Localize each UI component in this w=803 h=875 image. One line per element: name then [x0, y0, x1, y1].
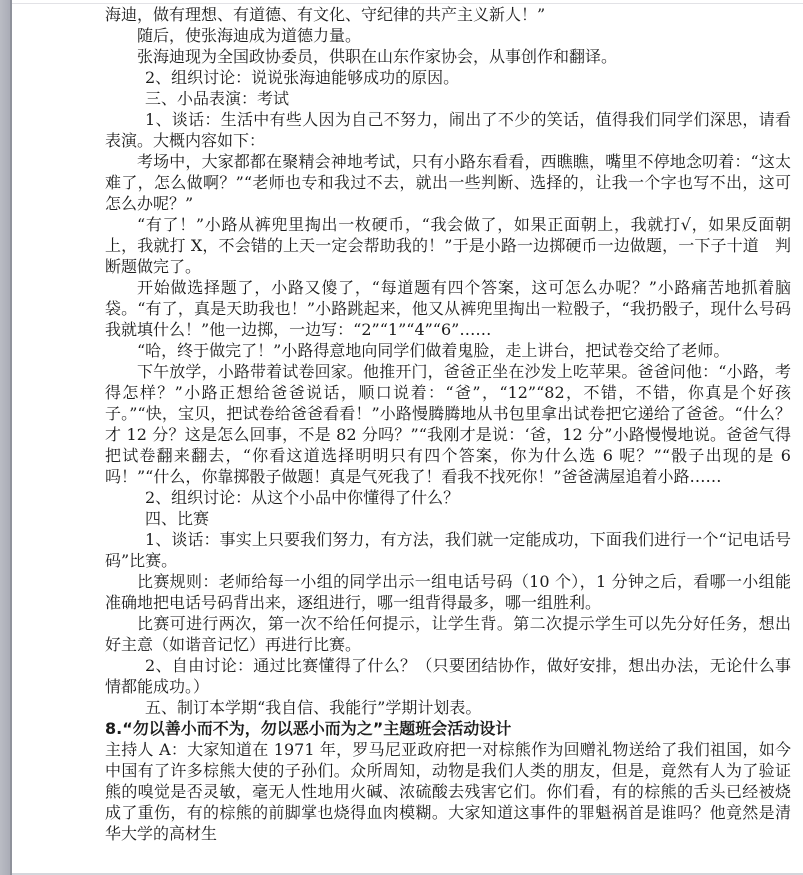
body-paragraph: “哈，终于做完了！”小路得意地向同学们做着鬼脸，走上讲台，把试卷交给了老师。 [105, 340, 791, 361]
document-page: 海迪，做有理想、有道德、有文化、守纪律的共产主义新人！” 随后，使张海迪成为道德… [10, 0, 803, 875]
list-item-paragraph: 2、组织讨论：从这个小品中你懂得了什么？ [105, 487, 791, 508]
document-content: 海迪，做有理想、有道德、有文化、守纪律的共产主义新人！” 随后，使张海迪成为道德… [105, 4, 791, 844]
body-paragraph: 下午放学，小路带着试卷回家。他推开门，爸爸正坐在沙发上吃苹果。爸爸问他：“小路，… [105, 361, 791, 487]
list-item-paragraph: 四、比赛 [105, 508, 791, 529]
body-paragraph: 比赛规则：老师给每一小组的同学出示一组电话号码（10 个），1 分钟之后，看哪一… [105, 571, 791, 613]
list-item-paragraph: 2、组织讨论：说说张海迪能够成功的原因。 [105, 67, 791, 88]
section-heading: 8.“勿以善小而不为，勿以恶小而为之”主题班会活动设计 [105, 718, 791, 739]
list-item-paragraph: 三、小品表演：考试 [105, 88, 791, 109]
list-item-paragraph: 五、制订本学期“我自信、我能行”学期计划表。 [105, 697, 791, 718]
page-margin-gutter [0, 0, 10, 875]
list-item-paragraph: 2、自由讨论：通过比赛懂得了什么？（只要团结协作，做好安排，想出办法，无论什么事… [105, 655, 791, 697]
list-item-paragraph: 1、谈话：事实上只要我们努力，有方法，我们就一定能成功，下面我们进行一个“记电话… [105, 529, 791, 571]
body-paragraph: 主持人 A：大家知道在 1971 年，罗马尼亚政府把一对棕熊作为回赠礼物送给了我… [105, 739, 791, 844]
list-item-paragraph: 1、谈话：生活中有些人因为自己不努力，闹出了不少的笑话，值得我们同学们深思，请看… [105, 109, 791, 151]
body-paragraph: 考场中，大家都都在聚精会神地考试，只有小路东看看，西瞧瞧，嘴里不停地念叨着：“这… [105, 151, 791, 214]
body-paragraph: 比赛可进行两次，第一次不给任何提示，让学生背。第二次提示学生可以先分好任务，想出… [105, 613, 791, 655]
body-paragraph: “有了！”小路从裤兜里掏出一枚硬币，“我会做了，如果正面朝上，我就打√，如果反面… [105, 214, 791, 277]
body-paragraph: 随后，使张海迪成为道德力量。 [105, 25, 791, 46]
body-paragraph: 张海迪现为全国政协委员，供职在山东作家协会，从事创作和翻译。 [105, 46, 791, 67]
body-paragraph: 海迪，做有理想、有道德、有文化、守纪律的共产主义新人！” [105, 4, 791, 25]
body-paragraph: 开始做选择题了，小路又傻了，“每道题有四个答案，这可怎么办呢？”小路痛苦地抓着脑… [105, 277, 791, 340]
